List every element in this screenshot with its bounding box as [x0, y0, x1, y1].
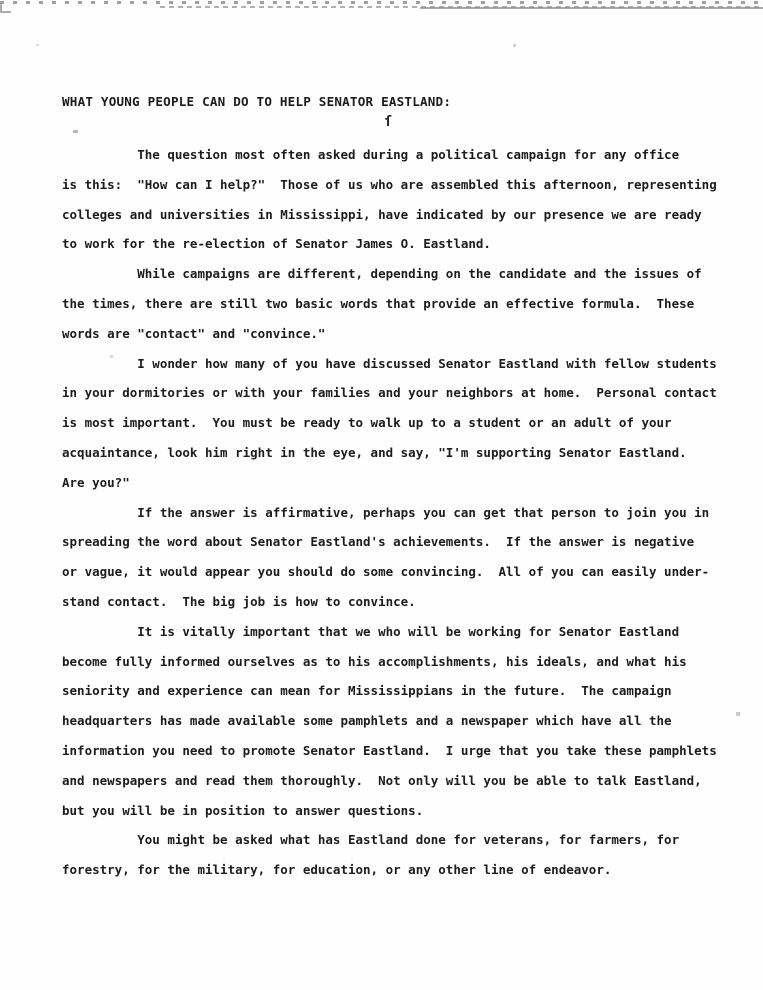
text-line: is most important. You must be ready to … [62, 408, 742, 438]
text-line: seniority and experience can mean for Mi… [62, 676, 742, 706]
document-body: The question most often asked during a p… [62, 140, 742, 885]
text-line: in your dormitories or with your familie… [62, 378, 742, 408]
text-line: forestry, for the military, for educatio… [62, 855, 742, 885]
text-line: acquaintance, look him right in the eye,… [62, 438, 742, 468]
text-line: stand contact. The big job is how to con… [62, 587, 742, 617]
text-line: The question most often asked during a p… [62, 140, 742, 170]
stray-typewriter-mark: ſ [384, 114, 392, 130]
scan-speck [36, 44, 39, 46]
scan-corner-mark [0, 4, 11, 13]
text-line: become fully informed ourselves as to hi… [62, 647, 742, 677]
scan-speck [513, 44, 516, 47]
scan-edge-solid-line [420, 7, 763, 9]
text-line: colleges and universities in Mississippi… [62, 200, 742, 230]
text-line: I wonder how many of you have discussed … [62, 349, 742, 379]
text-line: information you need to promote Senator … [62, 736, 742, 766]
text-line: You might be asked what has Eastland don… [62, 825, 742, 855]
text-line: or vague, it would appear you should do … [62, 557, 742, 587]
text-line: the times, there are still two basic wor… [62, 289, 742, 319]
text-line: If the answer is affirmative, perhaps yo… [62, 498, 742, 528]
text-line: to work for the re-election of Senator J… [62, 229, 742, 259]
scan-edge-dashes [0, 1, 763, 4]
text-line: While campaigns are different, depending… [62, 259, 742, 289]
text-line: spreading the word about Senator Eastlan… [62, 527, 742, 557]
text-line: words are "contact" and "convince." [62, 319, 742, 349]
document-page: WHAT YOUNG PEOPLE CAN DO TO HELP SENATOR… [0, 0, 763, 990]
text-line: Are you?" [62, 468, 742, 498]
document-title: WHAT YOUNG PEOPLE CAN DO TO HELP SENATOR… [62, 94, 451, 109]
text-line: and newspapers and read them thoroughly.… [62, 766, 742, 796]
text-line: is this: "How can I help?" Those of us w… [62, 170, 742, 200]
text-line: but you will be in position to answer qu… [62, 796, 742, 826]
text-line: It is vitally important that we who will… [62, 617, 742, 647]
scan-speck [73, 130, 78, 133]
text-line: headquarters has made available some pam… [62, 706, 742, 736]
